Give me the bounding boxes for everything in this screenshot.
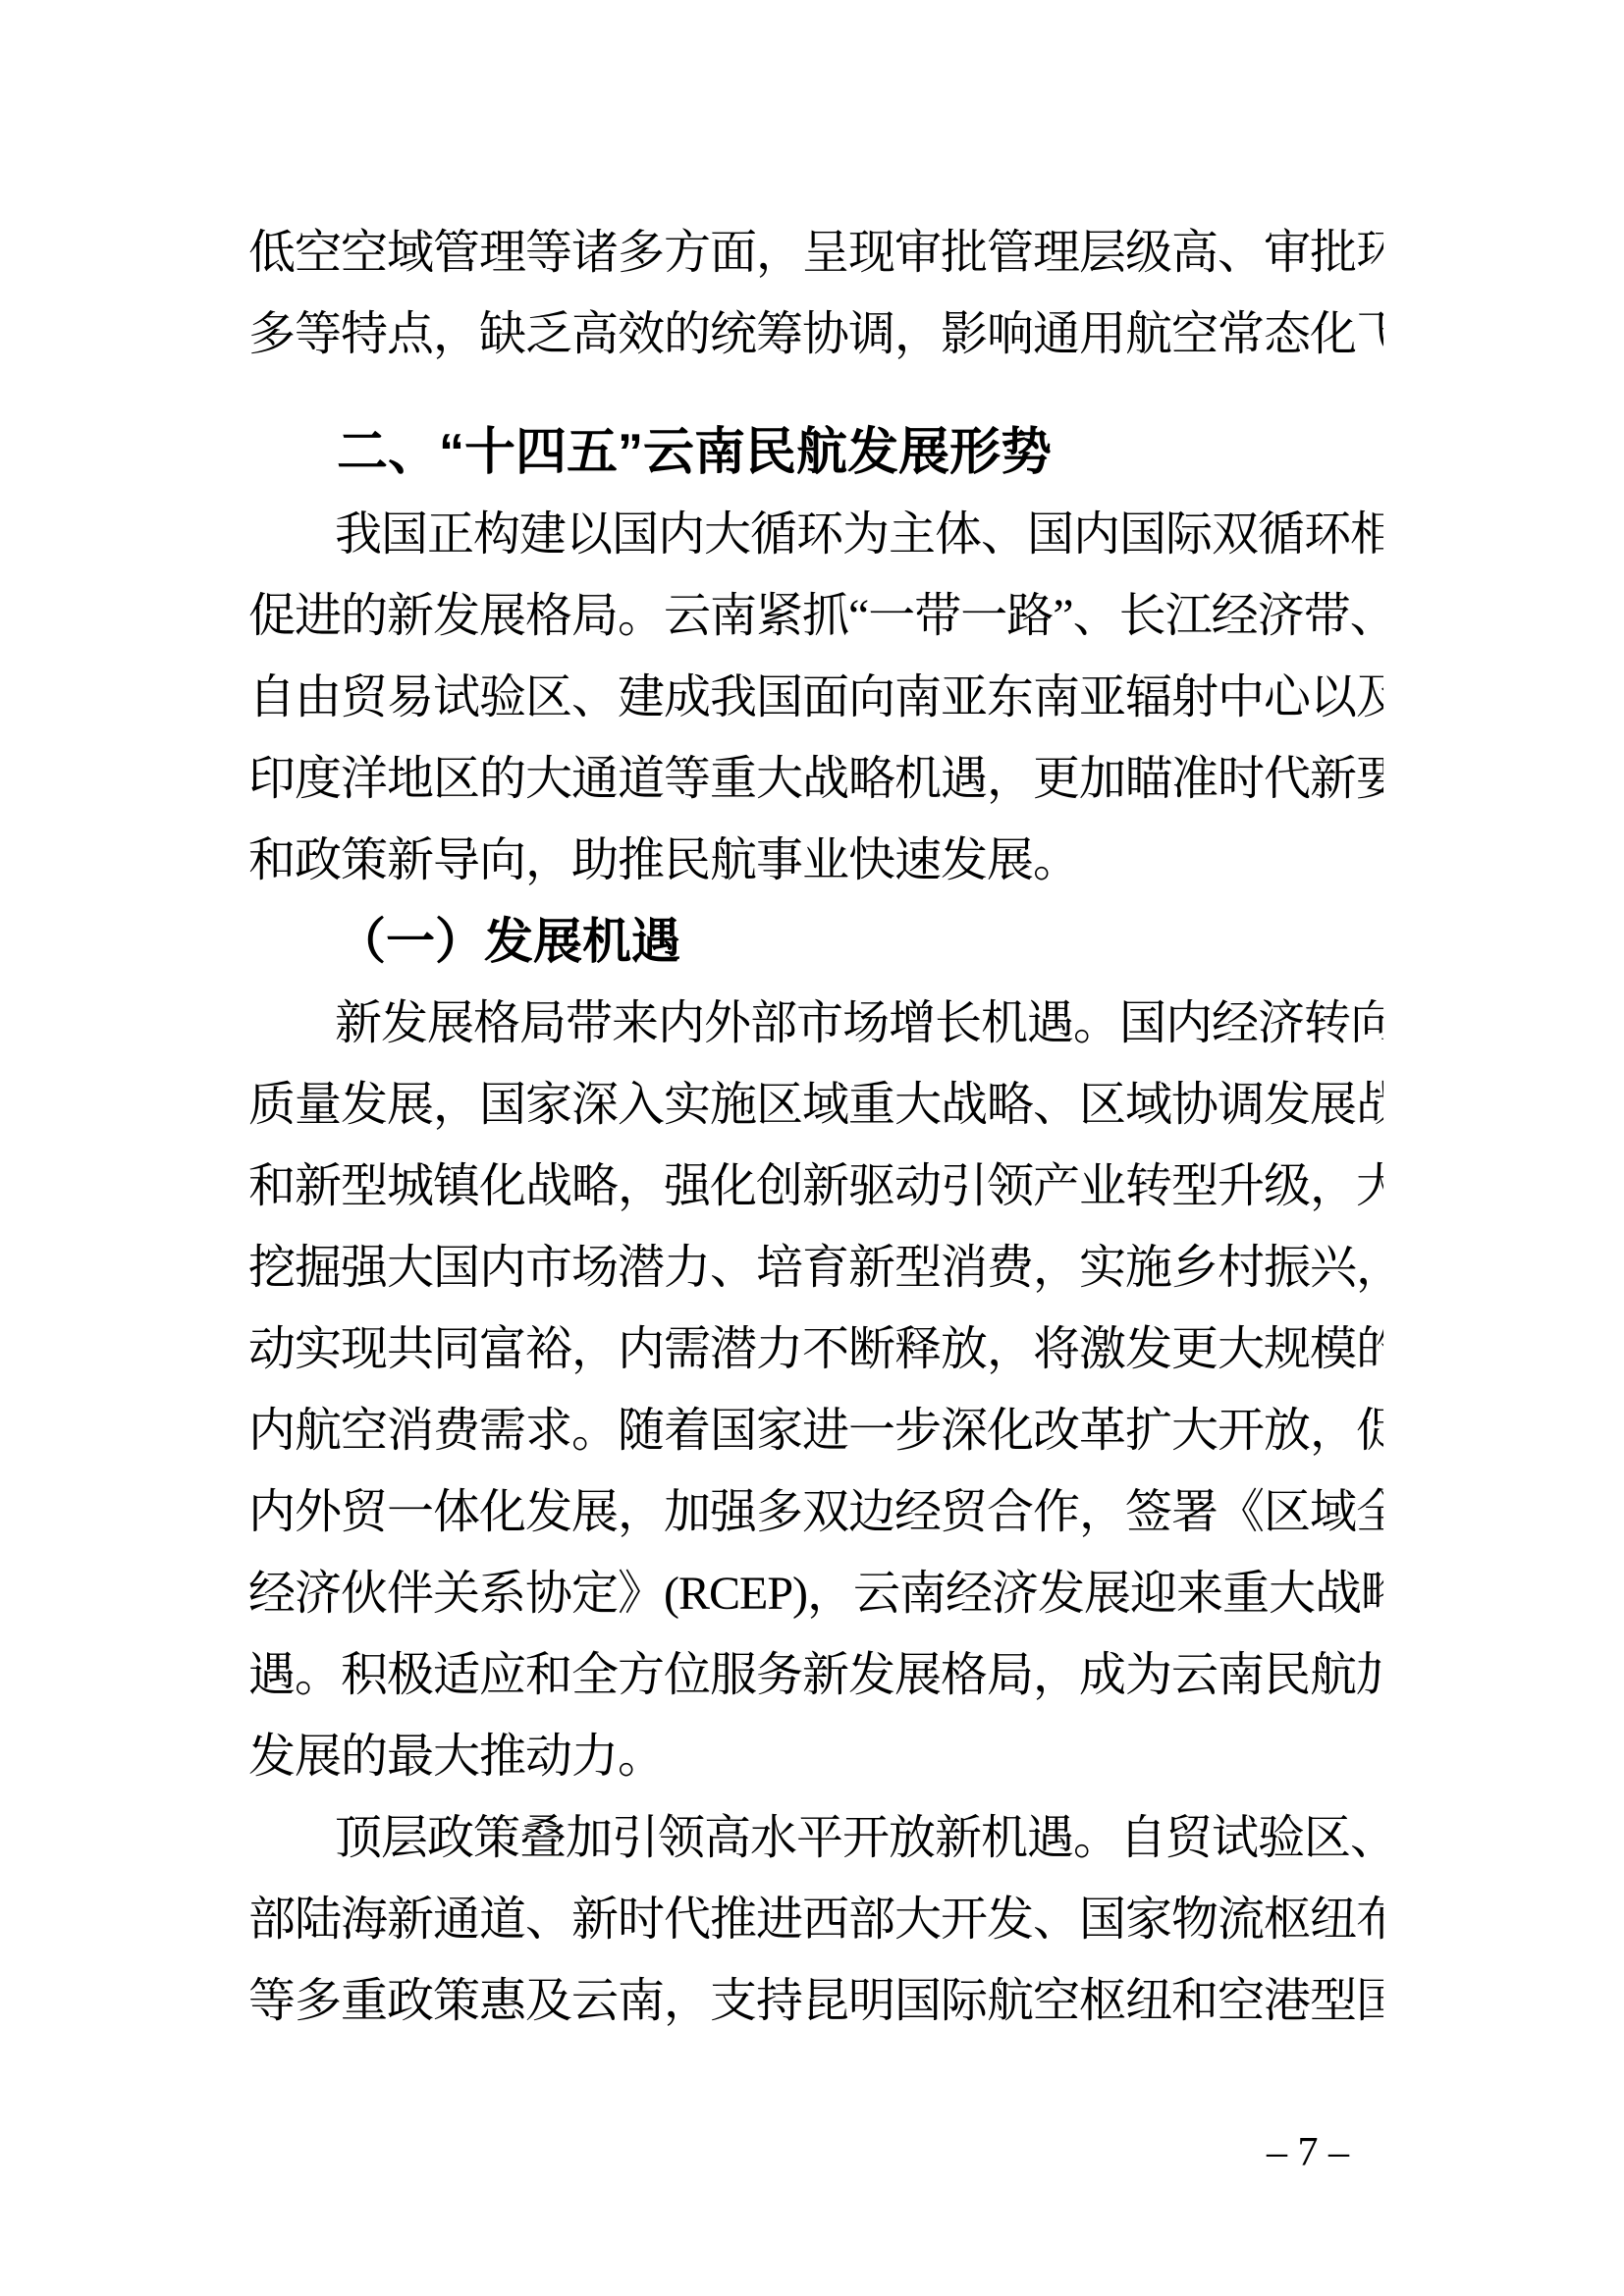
paragraph-new-pattern-line-2: 促进的新发展格局。云南紧抓“一带一路”、长江经济带、: [248, 575, 1383, 657]
paragraph-policy-opportunity-line-1: 顶层政策叠加引领高水平开放新机遇。自贸试验区、西: [248, 1797, 1383, 1879]
subsection-heading: （一）发展机遇: [248, 901, 1383, 983]
paragraph-policy-opportunity-line-3: 等多重政策惠及云南，支持昆明国际航空枢纽和空港型国家: [248, 1960, 1383, 2042]
paragraph-new-pattern-line-1: 我国正构建以国内大循环为主体、国内国际双循环相互: [248, 494, 1383, 575]
paragraph-market-opportunity-line-6: 内航空消费需求。随着国家进一步深化改革扩大开放，促进: [248, 1390, 1383, 1471]
document-body: 低空空域管理等诸多方面，呈现审批管理层级高、审批环节多等特点，缺乏高效的统筹协调…: [248, 212, 1383, 2042]
paragraph-market-opportunity-line-8: 经济伙伴关系协定》(RCEP)，云南经济发展迎来重大战略机: [248, 1553, 1383, 1634]
paragraph-market-opportunity-line-4: 挖掘强大国内市场潜力、培育新型消费，实施乡村振兴，推: [248, 1227, 1383, 1308]
document-page: 低空空域管理等诸多方面，呈现审批管理层级高、审批环节多等特点，缺乏高效的统筹协调…: [0, 0, 1624, 2296]
paragraph-market-opportunity-line-3: 和新型城镇化战略，强化创新驱动引领产业转型升级，大力: [248, 1146, 1383, 1227]
paragraph-new-pattern-line-4: 印度洋地区的大通道等重大战略机遇，更加瞄准时代新要求: [248, 738, 1383, 820]
paragraph-market-opportunity-line-7: 内外贸一体化发展，加强多双边经贸合作，签署《区域全面: [248, 1471, 1383, 1553]
section-heading: 二、“十四五”云南民航发展形势: [248, 412, 1383, 494]
paragraph-market-opportunity-line-9: 遇。积极适应和全方位服务新发展格局，成为云南民航加速: [248, 1634, 1383, 1716]
paragraph-new-pattern-line-3: 自由贸易试验区、建成我国面向南亚东南亚辐射中心以及环: [248, 657, 1383, 738]
paragraph-market-opportunity-line-10: 发展的最大推动力。: [248, 1716, 1383, 1797]
paragraph-market-opportunity-line-2: 质量发展，国家深入实施区域重大战略、区域协调发展战略: [248, 1064, 1383, 1146]
paragraph-new-pattern-line-5: 和政策新导向，助推民航事业快速发展。: [248, 820, 1383, 901]
paragraph-market-opportunity-line-1: 新发展格局带来内外部市场增长机遇。国内经济转向高: [248, 983, 1383, 1064]
paragraph-continuation-line-1: 低空空域管理等诸多方面，呈现审批管理层级高、审批环节: [248, 212, 1383, 294]
paragraph-market-opportunity-line-5: 动实现共同富裕，内需潜力不断释放，将激发更大规模的国: [248, 1308, 1383, 1390]
page-number: – 7 –: [1267, 2128, 1349, 2177]
paragraph-policy-opportunity-line-2: 部陆海新通道、新时代推进西部大开发、国家物流枢纽布局: [248, 1879, 1383, 1960]
paragraph-continuation-line-2: 多等特点，缺乏高效的统筹协调，影响通用航空常态化飞行。: [248, 294, 1383, 375]
